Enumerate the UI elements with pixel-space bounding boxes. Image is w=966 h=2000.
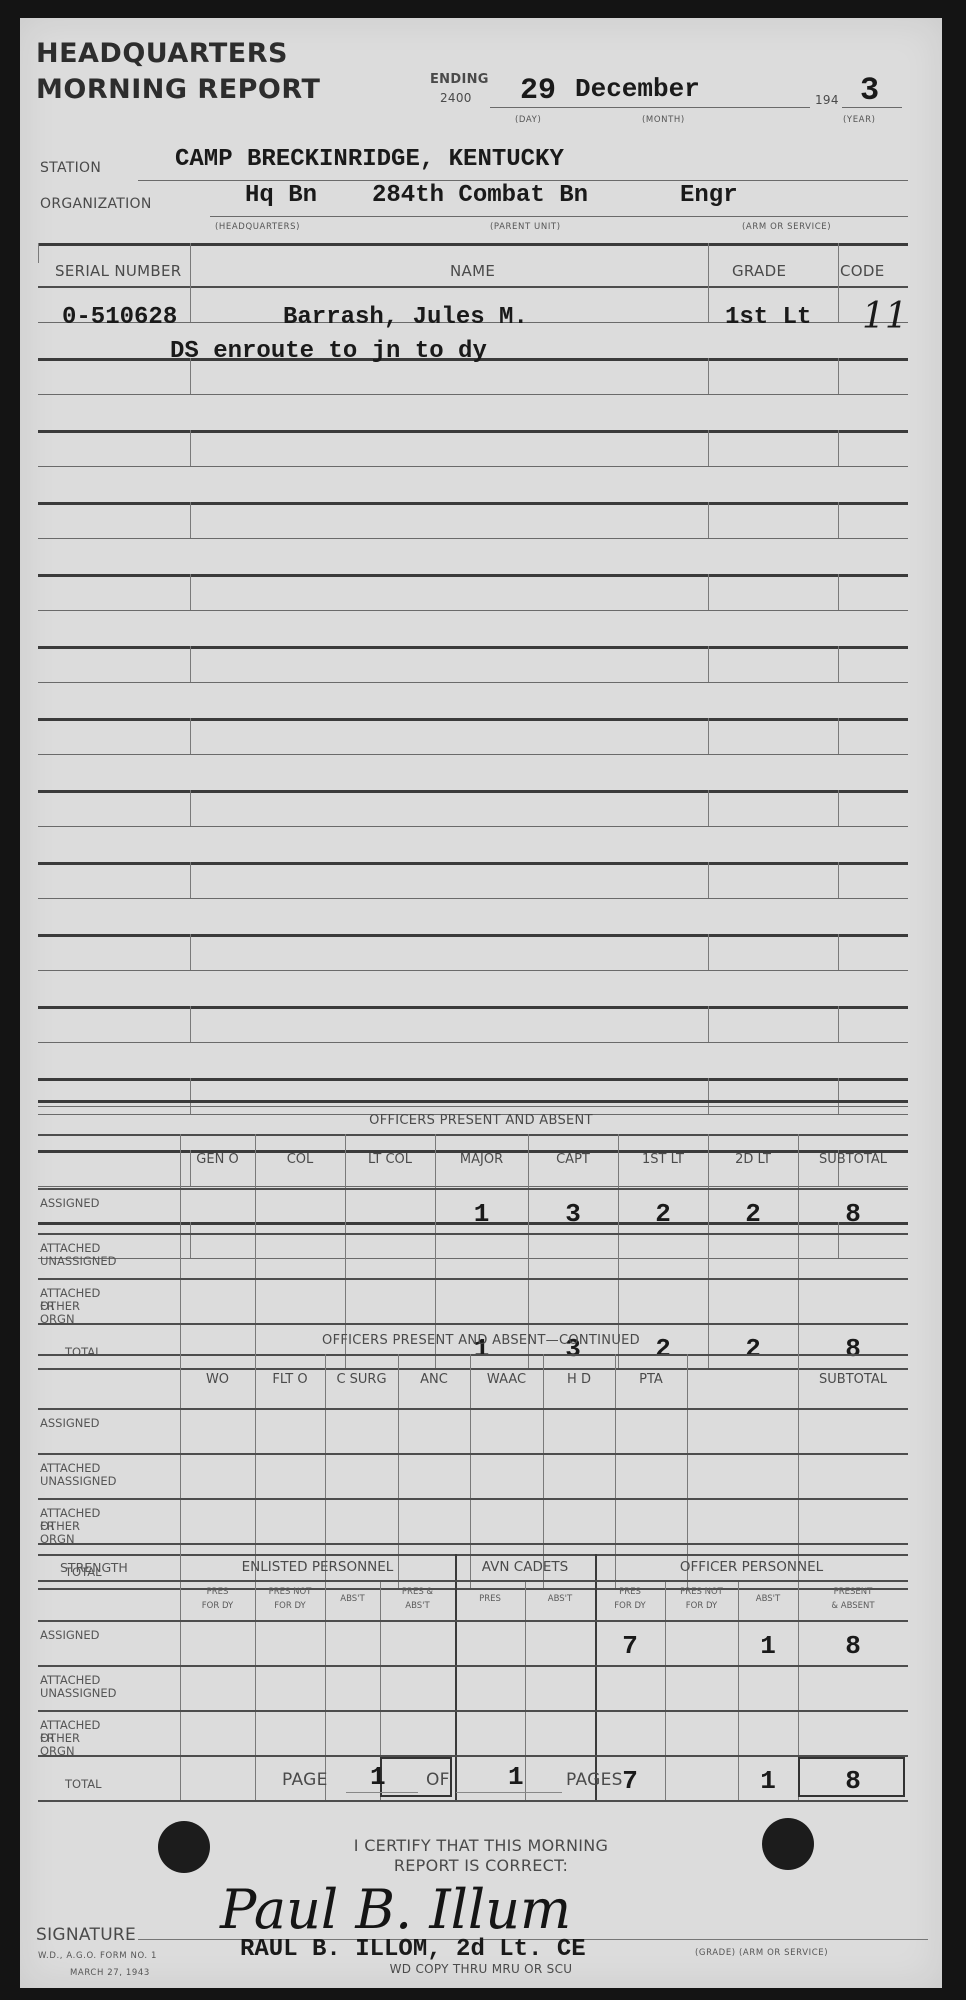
subcolumn-header-line1: PRES bbox=[595, 1586, 665, 1599]
grid-col-divider bbox=[798, 1354, 799, 1588]
station-label: STATION bbox=[40, 160, 101, 176]
roster-bottom-rule-2 bbox=[38, 1106, 908, 1107]
column-header: H D bbox=[543, 1372, 615, 1387]
col-header-name: NAME bbox=[450, 262, 495, 280]
row-col-divider bbox=[190, 574, 191, 610]
grid-row-rule bbox=[38, 1498, 908, 1500]
column-header: C SURG bbox=[325, 1372, 398, 1387]
subcolumn-header-line2: FOR DY bbox=[595, 1600, 665, 1613]
row-rule bbox=[38, 430, 908, 433]
grid-row-rule bbox=[38, 1755, 908, 1757]
grid-col-divider bbox=[325, 1580, 326, 1800]
row-col-divider bbox=[838, 718, 839, 754]
roster-top-rule bbox=[38, 243, 908, 246]
total-underline bbox=[456, 1792, 562, 1793]
grid-col-divider bbox=[455, 1554, 457, 1800]
row-col-divider bbox=[838, 934, 839, 970]
group-rule bbox=[38, 1580, 908, 1582]
column-header: WAAC bbox=[470, 1372, 543, 1387]
row-col-divider bbox=[708, 646, 709, 682]
row-rule bbox=[38, 502, 908, 505]
row-mid-rule bbox=[38, 1186, 908, 1187]
header-rule bbox=[38, 286, 908, 288]
grid-header-rule bbox=[38, 1408, 908, 1410]
row-col-divider bbox=[838, 1006, 839, 1042]
row-label: TOTAL bbox=[65, 1778, 101, 1791]
row-col-divider bbox=[190, 1222, 191, 1258]
subcolumn-header-line1: ABS'T bbox=[325, 1593, 380, 1606]
page-number: 1 bbox=[370, 1762, 386, 1792]
cell-value: 1 bbox=[435, 1199, 528, 1229]
grid-col-divider bbox=[255, 1354, 256, 1588]
total-pages: 1 bbox=[508, 1762, 524, 1792]
row-col-divider bbox=[190, 1078, 191, 1114]
subheader-rule bbox=[38, 1620, 908, 1622]
column-header: ANC bbox=[398, 1372, 470, 1387]
row-mid-rule bbox=[38, 682, 908, 683]
cell-value: 8 bbox=[798, 1199, 908, 1229]
year-caption: (YEAR) bbox=[843, 115, 876, 125]
subcolumn-header-line1: PRESENT bbox=[798, 1586, 908, 1599]
grid-top-rule bbox=[38, 1134, 908, 1136]
col-header-grade: GRADE bbox=[732, 262, 786, 280]
row-col-divider bbox=[190, 430, 191, 466]
row-col-divider bbox=[708, 358, 709, 394]
header-col-divider bbox=[708, 243, 709, 286]
subcolumn-header-line1: PRES & bbox=[380, 1586, 455, 1599]
column-header: CAPT bbox=[528, 1152, 618, 1167]
certify-line1: I CERTIFY THAT THIS MORNING bbox=[20, 1836, 942, 1855]
row-label-line2: UNASSIGNED bbox=[40, 1255, 117, 1268]
column-header: SUBTOTAL bbox=[798, 1372, 908, 1387]
subcolumn-header-line2: ABS'T bbox=[380, 1600, 455, 1613]
row-col-divider bbox=[190, 862, 191, 898]
grid-col-divider bbox=[255, 1580, 256, 1800]
grid-col-divider bbox=[398, 1354, 399, 1588]
subcolumn-header-line1: PRES NOT bbox=[665, 1586, 738, 1599]
row-col-divider bbox=[838, 574, 839, 610]
row-col-divider bbox=[190, 502, 191, 538]
entry-code: 11 bbox=[862, 296, 908, 337]
column-header: MAJOR bbox=[435, 1152, 528, 1167]
grid-col-divider bbox=[325, 1354, 326, 1588]
year-prefix: 194 bbox=[815, 93, 839, 107]
ending-label: ENDING bbox=[430, 72, 489, 87]
form-number: W.D., A.G.O. FORM NO. 1 bbox=[38, 1951, 157, 1961]
row-col-divider bbox=[190, 934, 191, 970]
day-caption: (DAY) bbox=[515, 115, 541, 125]
grid-top-rule bbox=[38, 1354, 908, 1356]
row-col-divider bbox=[190, 646, 191, 682]
organization-parent: 284th Combat Bn bbox=[372, 182, 588, 209]
row-label: ASSIGNED bbox=[40, 1197, 100, 1210]
grid-header-rule bbox=[38, 1188, 908, 1190]
col-header-serial: SERIAL NUMBER bbox=[55, 262, 181, 280]
cell-value: 8 bbox=[798, 1631, 908, 1661]
strength-label: STRENGTH bbox=[60, 1561, 128, 1574]
grid-row-rule bbox=[38, 1710, 908, 1712]
row-rule bbox=[38, 1006, 908, 1009]
row-label-line2: OTHER ORGN bbox=[40, 1732, 80, 1758]
report-day: 29 bbox=[520, 74, 556, 108]
row-col-divider bbox=[708, 430, 709, 466]
row-rule bbox=[38, 646, 908, 649]
row-col-divider bbox=[838, 358, 839, 394]
copy-note: WD COPY THRU MRU OR SCU bbox=[20, 1962, 942, 1976]
ending-time: 2400 bbox=[440, 91, 472, 105]
group-officer: OFFICER PERSONNEL bbox=[595, 1559, 908, 1575]
grid-col-divider bbox=[615, 1354, 616, 1588]
of-label: OF bbox=[426, 1770, 450, 1790]
row-mid-rule bbox=[38, 754, 908, 755]
row-col-divider bbox=[708, 718, 709, 754]
handwritten-signature: Paul B. Illum bbox=[220, 1878, 571, 1941]
row-col-divider bbox=[708, 1078, 709, 1114]
grid-col-divider bbox=[180, 1354, 181, 1588]
cell-value: 2 bbox=[618, 1199, 708, 1229]
row-col-divider bbox=[838, 430, 839, 466]
station-underline bbox=[138, 180, 908, 181]
report-month: December bbox=[575, 74, 700, 104]
entry-remark: DS enroute to jn to dy bbox=[170, 338, 487, 365]
row-rule bbox=[38, 1078, 908, 1081]
group-enlisted: ENLISTED PERSONNEL bbox=[180, 1559, 455, 1575]
row-col-divider bbox=[838, 286, 839, 322]
row-col-divider bbox=[838, 862, 839, 898]
row-mid-rule bbox=[38, 538, 908, 539]
cell-value: 3 bbox=[528, 1199, 618, 1229]
row-col-divider bbox=[708, 574, 709, 610]
column-header: WO bbox=[180, 1372, 255, 1387]
grid-row-rule bbox=[38, 1588, 908, 1590]
grid-col-divider bbox=[665, 1580, 666, 1800]
row-mid-rule bbox=[38, 970, 908, 971]
row-mid-rule bbox=[38, 1258, 908, 1259]
column-header: 2D LT bbox=[708, 1152, 798, 1167]
subcolumn-header-line2: FOR DY bbox=[255, 1600, 325, 1613]
grade-arm-caption: (GRADE) (ARM OR SERVICE) bbox=[695, 1948, 828, 1958]
cell-value: 1 bbox=[738, 1631, 798, 1661]
form-title-line2: MORNING REPORT bbox=[36, 74, 320, 105]
row-col-divider bbox=[190, 286, 191, 322]
row-rule bbox=[38, 718, 908, 721]
arm-caption: (ARM OR SERVICE) bbox=[742, 222, 831, 232]
form-title-line1: HEADQUARTERS bbox=[36, 38, 288, 69]
row-mid-rule bbox=[38, 826, 908, 827]
roster-corner bbox=[38, 243, 39, 263]
grid-row-rule bbox=[38, 1453, 908, 1455]
row-col-divider bbox=[190, 1006, 191, 1042]
row-col-divider bbox=[838, 502, 839, 538]
subcolumn-header-line1: ABS'T bbox=[738, 1593, 798, 1606]
page-underline bbox=[346, 1792, 418, 1793]
row-col-divider bbox=[190, 718, 191, 754]
grid-row-rule bbox=[38, 1233, 908, 1235]
subcolumn-header-line1: ABS'T bbox=[525, 1593, 595, 1606]
row-rule bbox=[38, 790, 908, 793]
grid-col-divider bbox=[470, 1354, 471, 1588]
grid-row-rule bbox=[38, 1543, 908, 1545]
hq-caption: (HEADQUARTERS) bbox=[215, 222, 300, 232]
row-label-line1: ATTACHED bbox=[40, 1462, 100, 1475]
station-value: CAMP BRECKINRIDGE, KENTUCKY bbox=[175, 146, 564, 173]
row-col-divider bbox=[838, 1078, 839, 1114]
organization-underline bbox=[210, 216, 908, 217]
row-mid-rule bbox=[38, 394, 908, 395]
subcolumn-header-line2: FOR DY bbox=[180, 1600, 255, 1613]
organization-hq: Hq Bn bbox=[245, 182, 317, 209]
column-header: PTA bbox=[615, 1372, 687, 1387]
subcolumn-header-line2: & ABSENT bbox=[798, 1600, 908, 1613]
subcolumn-header-line1: PRES NOT bbox=[255, 1586, 325, 1599]
report-year-digit: 3 bbox=[860, 72, 879, 109]
row-mid-rule bbox=[38, 610, 908, 611]
row-mid-rule bbox=[38, 466, 908, 467]
row-label-line2: UNASSIGNED bbox=[40, 1687, 117, 1700]
row-col-divider bbox=[708, 286, 709, 322]
entry-grade: 1st Lt bbox=[725, 304, 811, 331]
cell-value: 1 bbox=[738, 1766, 798, 1796]
group-avn-cadets: AVN CADETS bbox=[455, 1559, 595, 1575]
grid-row-rule bbox=[38, 1665, 908, 1667]
row-col-divider bbox=[838, 790, 839, 826]
column-header: COL bbox=[255, 1152, 345, 1167]
subcolumn-header-line1: PRES bbox=[455, 1593, 525, 1606]
signature-label: SIGNATURE bbox=[36, 1925, 136, 1945]
cell-value: 2 bbox=[708, 1199, 798, 1229]
header-col-divider bbox=[838, 243, 839, 286]
parent-caption: (PARENT UNIT) bbox=[490, 222, 561, 232]
organization-arm: Engr bbox=[680, 182, 738, 209]
row-col-divider bbox=[708, 1006, 709, 1042]
grid-row-rule bbox=[38, 1368, 908, 1370]
row-col-divider bbox=[708, 790, 709, 826]
col-header-code: CODE bbox=[840, 262, 885, 280]
morning-report-card: HEADQUARTERS MORNING REPORT ENDING 2400 … bbox=[20, 18, 942, 1988]
officers-cont-table-title: OFFICERS PRESENT AND ABSENT—CONTINUED bbox=[20, 1333, 942, 1348]
page-label: PAGE bbox=[282, 1770, 328, 1790]
column-header: FLT O bbox=[255, 1372, 325, 1387]
grid-row-rule bbox=[38, 1323, 908, 1325]
month-caption: (MONTH) bbox=[642, 115, 685, 125]
row-col-divider bbox=[190, 790, 191, 826]
row-mid-rule bbox=[38, 898, 908, 899]
row-rule bbox=[38, 934, 908, 937]
row-label-line2: OTHER ORGN bbox=[40, 1300, 80, 1326]
entry-name: Barrash, Jules M. bbox=[283, 304, 528, 331]
row-mid-rule bbox=[38, 1042, 908, 1043]
row-label-line2: OTHER ORGN bbox=[40, 1520, 80, 1546]
organization-label: ORGANIZATION bbox=[40, 196, 152, 212]
row-rule bbox=[38, 862, 908, 865]
total-box bbox=[798, 1757, 905, 1797]
column-header: 1ST LT bbox=[618, 1152, 708, 1167]
subcolumn-header-line2: FOR DY bbox=[665, 1600, 738, 1613]
grid-col-divider bbox=[543, 1354, 544, 1588]
column-header: SUBTOTAL bbox=[798, 1152, 908, 1167]
cell-value: 7 bbox=[595, 1631, 665, 1661]
row-label-line1: ATTACHED bbox=[40, 1242, 100, 1255]
row-label-line2: UNASSIGNED bbox=[40, 1475, 117, 1488]
signer-typed-name: RAUL B. ILLOM, 2d Lt. CE bbox=[240, 1936, 586, 1963]
subcolumn-header-line1: PRES bbox=[180, 1586, 255, 1599]
officers-table-title: OFFICERS PRESENT AND ABSENT bbox=[20, 1113, 942, 1128]
row-label-line1: ATTACHED bbox=[40, 1674, 100, 1687]
grid-col-divider bbox=[687, 1354, 688, 1588]
strength-top-rule bbox=[38, 1554, 908, 1556]
row-col-divider bbox=[708, 934, 709, 970]
column-header: LT COL bbox=[345, 1152, 435, 1167]
row-col-divider bbox=[708, 862, 709, 898]
entry-serial: 0-510628 bbox=[62, 304, 177, 331]
grid-row-rule bbox=[38, 1278, 908, 1280]
pages-label: PAGES bbox=[566, 1770, 623, 1790]
row-label: ASSIGNED bbox=[40, 1417, 100, 1430]
grid-col-divider bbox=[525, 1580, 526, 1800]
header-col-divider bbox=[190, 243, 191, 286]
column-header: GEN O bbox=[180, 1152, 255, 1167]
row-col-divider bbox=[708, 502, 709, 538]
row-rule bbox=[38, 574, 908, 577]
row-col-divider bbox=[838, 646, 839, 682]
certify-line2: REPORT IS CORRECT: bbox=[20, 1856, 942, 1875]
grid-row-rule bbox=[38, 1800, 908, 1802]
roster-bottom-rule bbox=[38, 1100, 908, 1103]
row-label: ASSIGNED bbox=[40, 1629, 100, 1642]
